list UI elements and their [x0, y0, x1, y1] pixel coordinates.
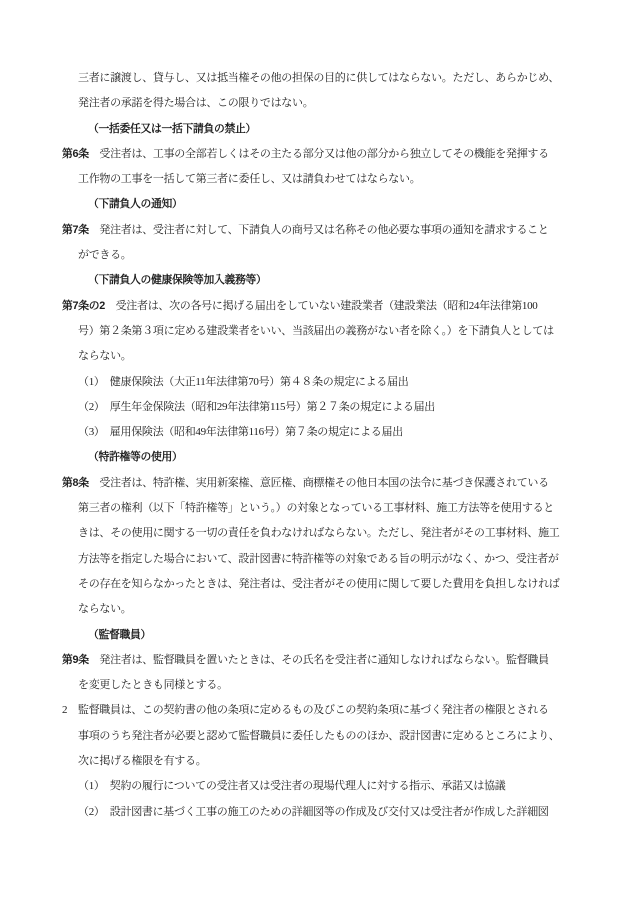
article-number-label: 第7条の2 — [62, 300, 105, 312]
document-page: 三者に譲渡し、貸与し、又は抵当権その他の担保の目的に供してはならない。ただし、あ… — [0, 0, 630, 903]
numbered-item: （1） 契約の履行についての受注者又は受注者の現場代理人に対する指示、承諾又は協… — [78, 774, 630, 799]
article-paragraph: 第6条 受注者は、工事の全部若しくはその主たる部分又は他の部分から独立してその機… — [62, 142, 630, 167]
article-number-label: 第6条 — [62, 148, 89, 160]
contract-text-line: 号）第２条第３項に定める建設業者をいい、当該届出の義務がない者を除く。）を下請負… — [78, 319, 630, 344]
article-heading: （監督職員） — [88, 623, 630, 648]
article-paragraph: 第9条 発注者は、監督職員を置いたときは、その氏名を受注者に通知しなければならな… — [62, 648, 630, 673]
contract-text-line: 発注者の承諾を得た場合は、この限りではない。 — [78, 91, 630, 116]
article-paragraph: 第7条の2 受注者は、次の各号に掲げる届出をしていない建設業者（建設業法（昭和2… — [62, 294, 630, 319]
article-heading: （一括委任又は一括下請負の禁止） — [88, 117, 630, 142]
numbered-item: （1） 健康保険法（大正11年法律第70号）第４８条の規定による届出 — [78, 370, 630, 395]
contract-text-line: を変更したときも同様とする。 — [78, 673, 630, 698]
numbered-item: （3） 雇用保険法（昭和49年法律第116号）第７条の規定による届出 — [78, 420, 630, 445]
paragraph-2: 2 監督職員は、この契約書の他の条項に定めるもの及びこの契約条項に基づく発注者の… — [62, 698, 630, 723]
article-number-label: 第9条 — [62, 654, 89, 666]
article-paragraph: 第8条 受注者は、特許権、実用新案権、意匠権、商標権その他日本国の法令に基づき保… — [62, 471, 630, 496]
contract-text-line: 方法等を指定した場合において、設計図書に特許権等の対象である旨の明示がなく、かつ… — [78, 547, 630, 572]
contract-text-line: ならない。 — [78, 597, 630, 622]
article-heading: （下請負人の健康保険等加入義務等） — [88, 268, 630, 293]
numbered-item: （2） 厚生年金保険法（昭和29年法律第115号）第２７条の規定による届出 — [78, 395, 630, 420]
article-number-label: 第7条 — [62, 224, 89, 236]
article-paragraph: 第7条 発注者は、受注者に対して、下請負人の商号又は名称その他必要な事項の通知を… — [62, 218, 630, 243]
contract-text-line: 事項のうち発注者が必要と認めて監督職員に委任したもののほか、設計図書に定めるとこ… — [78, 724, 630, 749]
contract-text-line: ならない。 — [78, 344, 630, 369]
contract-text-line: 第三者の権利（以下「特許権等」という。）の対象となっている工事材料、施工方法等を… — [78, 496, 630, 521]
article-heading: （下請負人の通知） — [88, 192, 630, 217]
article-heading: （特許権等の使用） — [88, 445, 630, 470]
contract-text-line: 三者に譲渡し、貸与し、又は抵当権その他の担保の目的に供してはならない。ただし、あ… — [78, 66, 630, 91]
numbered-item: （2） 設計図書に基づく工事の施工のための詳細図等の作成及び交付又は受注者が作成… — [78, 800, 630, 825]
contract-text-line: ができる。 — [78, 243, 630, 268]
contract-text-line: きは、その使用に関する一切の責任を負わなければならない。ただし、発注者がその工事… — [78, 521, 630, 546]
contract-text-line: 工作物の工事を一括して第三者に委任し、又は請負わせてはならない。 — [78, 167, 630, 192]
article-number-label: 第8条 — [62, 477, 89, 489]
contract-text-line: その存在を知らなかったときは、発注者は、受注者がその使用に関して要した費用を負担… — [78, 572, 630, 597]
contract-text-line: 次に掲げる権限を有する。 — [78, 749, 630, 774]
contract-text-body: 三者に譲渡し、貸与し、又は抵当権その他の担保の目的に供してはならない。ただし、あ… — [0, 0, 630, 825]
